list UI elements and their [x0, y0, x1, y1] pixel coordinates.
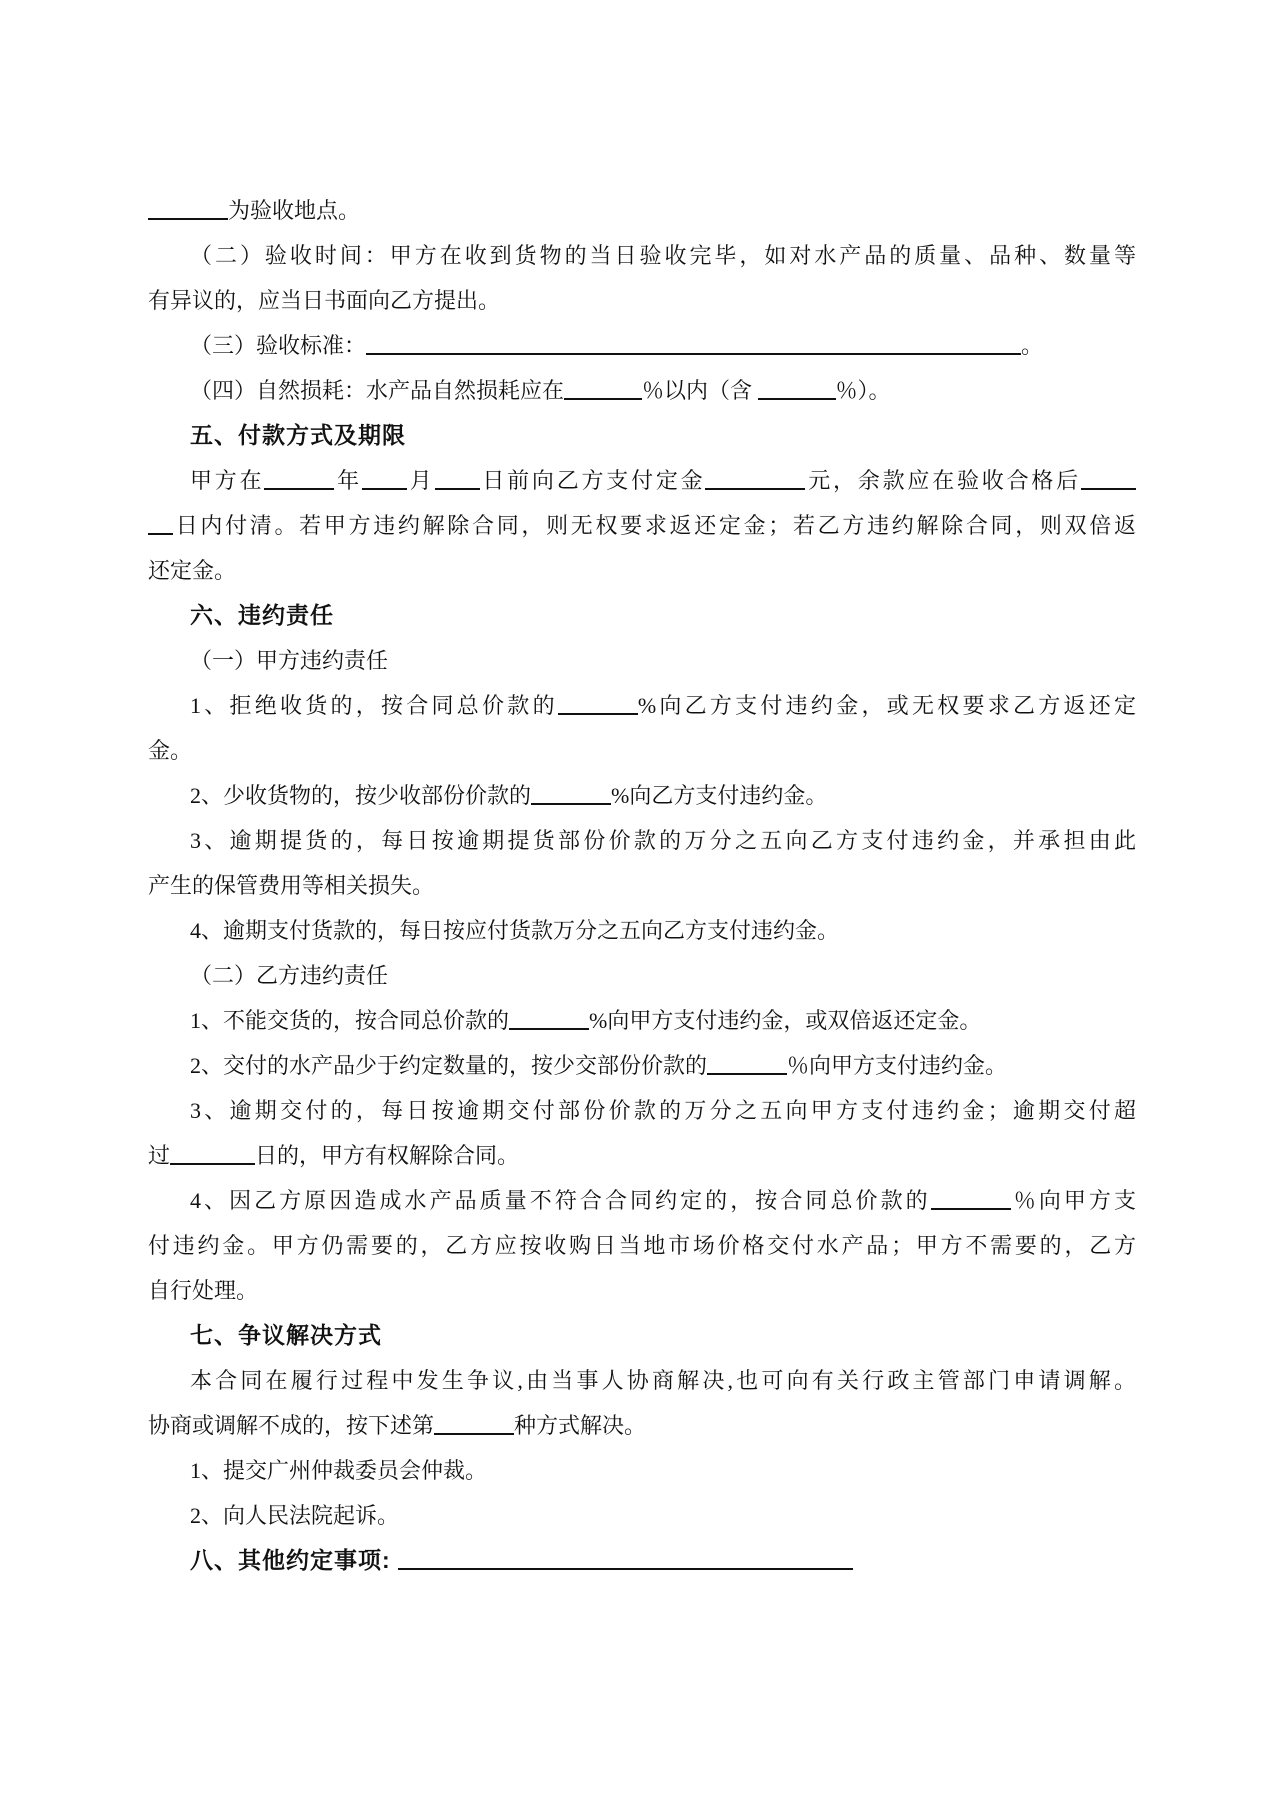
paragraph-line: 过日的，甲方有权解除合同。 — [148, 1133, 1136, 1178]
text-run: %向乙方支付违约金。 — [611, 783, 827, 808]
contract-document: 为验收地点。（二）验收时间：甲方在收到货物的当日验收完毕，如对水产品的质量、品种… — [148, 188, 1136, 1583]
text-run: （三）验收标准： — [190, 333, 366, 358]
text-run: 3、逾期交付的，每日按逾期交付部份价款的万分之五向甲方支付违约金；逾期交付超 — [190, 1098, 1136, 1123]
text-run: 1、拒绝收货的，按合同总价款的 — [190, 693, 558, 718]
section-heading: 五、付款方式及期限 — [148, 413, 1136, 458]
text-run: 4、因乙方原因造成水产品质量不符合合同约定的，按合同总价款的 — [190, 1188, 931, 1213]
blank-field — [434, 1413, 514, 1435]
paragraph-line: （二）乙方违约责任 — [148, 953, 1136, 998]
text-run: 1、不能交货的，按合同总价款的 — [190, 1008, 509, 1033]
paragraph-line: 4、逾期支付货款的，每日按应付货款万分之五向乙方支付违约金。 — [148, 908, 1136, 953]
text-run: 付违约金。甲方仍需要的，乙方应按收购日当地市场价格交付水产品；甲方不需要的，乙方 — [148, 1233, 1136, 1258]
text-run: 年 — [334, 468, 362, 493]
paragraph-line: 自行处理。 — [148, 1268, 1136, 1313]
blank-field — [531, 783, 611, 805]
section-heading: 六、违约责任 — [148, 593, 1136, 638]
paragraph-line: 付违约金。甲方仍需要的，乙方应按收购日当地市场价格交付水产品；甲方不需要的，乙方 — [148, 1223, 1136, 1268]
text-run: 4、逾期支付货款的，每日按应付货款万分之五向乙方支付违约金。 — [190, 918, 839, 943]
paragraph-line: 为验收地点。 — [148, 188, 1136, 233]
paragraph-line: 甲方在年月日前向乙方支付定金元，余款应在验收合格后 — [148, 458, 1136, 503]
text-run: 种方式解决。 — [514, 1413, 646, 1438]
paragraph-line: （三）验收标准：。 — [148, 323, 1136, 368]
blank-field — [264, 468, 334, 490]
text-run: 。 — [1021, 333, 1043, 358]
text-run: 八、其他约定事项: — [190, 1547, 398, 1573]
text-run: ％以内（含 — [642, 378, 758, 403]
text-run: 日的，甲方有权解除合同。 — [255, 1143, 519, 1168]
text-run: （二）验收时间：甲方在收到货物的当日验收完毕，如对水产品的质量、品种、数量等 — [190, 243, 1136, 268]
text-run: ％向甲方支 — [1011, 1188, 1136, 1213]
text-run: 五、付款方式及期限 — [190, 422, 406, 448]
text-run: 本合同在履行过程中发生争议,由当事人协商解决,也可向有关行政主管部门申请调解。 — [190, 1368, 1136, 1393]
paragraph-line: 3、逾期交付的，每日按逾期交付部份价款的万分之五向甲方支付违约金；逾期交付超 — [148, 1088, 1136, 1133]
text-run: 1、提交广州仲裁委员会仲裁。 — [190, 1458, 487, 1483]
blank-field — [705, 468, 805, 490]
paragraph-line: 1、不能交货的，按合同总价款的%向甲方支付违约金，或双倍返还定金。 — [148, 998, 1136, 1043]
paragraph-line: 3、逾期提货的，每日按逾期提货部份价款的万分之五向乙方支付违约金，并承担由此 — [148, 818, 1136, 863]
blank-field — [558, 693, 638, 715]
text-run: 3、逾期提货的，每日按逾期提货部份价款的万分之五向乙方支付违约金，并承担由此 — [190, 828, 1136, 853]
text-run: 还定金。 — [148, 558, 236, 583]
text-run: 元，余款应在验收合格后 — [805, 468, 1081, 493]
text-run: ％向甲方支付违约金。 — [787, 1053, 1007, 1078]
paragraph-line: 4、因乙方原因造成水产品质量不符合合同约定的，按合同总价款的％向甲方支 — [148, 1178, 1136, 1223]
text-run: （四）自然损耗：水产品自然损耗应在 — [190, 378, 564, 403]
blank-field — [509, 1008, 589, 1030]
text-run: 过 — [148, 1143, 170, 1168]
paragraph-line: 还定金。 — [148, 548, 1136, 593]
paragraph-line: （二）验收时间：甲方在收到货物的当日验收完毕，如对水产品的质量、品种、数量等 — [148, 233, 1136, 278]
text-run: 七、争议解决方式 — [190, 1322, 382, 1348]
paragraph-line: 产生的保管费用等相关损失。 — [148, 863, 1136, 908]
blank-field — [1081, 468, 1136, 490]
blank-field — [564, 378, 642, 400]
paragraph-line: 金。 — [148, 728, 1136, 773]
paragraph-line: 2、少收货物的，按少收部份价款的%向乙方支付违约金。 — [148, 773, 1136, 818]
paragraph-line: 1、拒绝收货的，按合同总价款的%向乙方支付违约金，或无权要求乙方返还定 — [148, 683, 1136, 728]
blank-field — [435, 468, 480, 490]
text-run: 产生的保管费用等相关损失。 — [148, 873, 434, 898]
text-run: 自行处理。 — [148, 1278, 258, 1303]
text-run: %向甲方支付违约金，或双倍返还定金。 — [589, 1008, 981, 1033]
paragraph-line: 本合同在履行过程中发生争议,由当事人协商解决,也可向有关行政主管部门申请调解。 — [148, 1358, 1136, 1403]
blank-field — [148, 513, 173, 535]
paragraph-line: 协商或调解不成的，按下述第种方式解决。 — [148, 1403, 1136, 1448]
blank-field — [931, 1188, 1011, 1210]
paragraph-line: 2、向人民法院起诉。 — [148, 1493, 1136, 1538]
section-heading: 七、争议解决方式 — [148, 1313, 1136, 1358]
text-run: （一）甲方违约责任 — [190, 648, 388, 673]
text-run: 六、违约责任 — [190, 602, 334, 628]
text-run: ％）。 — [836, 378, 891, 403]
text-run: 为验收地点。 — [228, 198, 360, 223]
text-run: 有异议的，应当日书面向乙方提出。 — [148, 288, 500, 313]
blank-field — [170, 1143, 255, 1165]
text-run: 金。 — [148, 738, 192, 763]
paragraph-line: 有异议的，应当日书面向乙方提出。 — [148, 278, 1136, 323]
text-run: 月 — [407, 468, 435, 493]
paragraph-line: （一）甲方违约责任 — [148, 638, 1136, 683]
text-run: 2、交付的水产品少于约定数量的，按少交部份价款的 — [190, 1053, 707, 1078]
paragraph-line: 1、提交广州仲裁委员会仲裁。 — [148, 1448, 1136, 1493]
text-run: %向乙方支付违约金，或无权要求乙方返还定 — [638, 693, 1136, 718]
blank-field — [362, 468, 407, 490]
blank-field — [366, 333, 1021, 355]
paragraph-line: （四）自然损耗：水产品自然损耗应在％以内（含 ％）。 — [148, 368, 1136, 413]
text-run: 甲方在 — [190, 468, 264, 493]
text-run: 协商或调解不成的，按下述第 — [148, 1413, 434, 1438]
contract-page: 为验收地点。（二）验收时间：甲方在收到货物的当日验收完毕，如对水产品的质量、品种… — [0, 0, 1280, 1810]
section-heading: 八、其他约定事项: — [148, 1538, 1136, 1583]
text-run: 日内付清。若甲方违约解除合同，则无权要求返还定金；若乙方违约解除合同，则双倍返 — [173, 513, 1136, 538]
blank-field — [758, 378, 836, 400]
text-run: 2、向人民法院起诉。 — [190, 1503, 399, 1528]
text-run: （二）乙方违约责任 — [190, 963, 388, 988]
paragraph-line: 2、交付的水产品少于约定数量的，按少交部份价款的％向甲方支付违约金。 — [148, 1043, 1136, 1088]
text-run: 日前向乙方支付定金 — [480, 468, 706, 493]
blank-field — [707, 1053, 787, 1075]
blank-field — [398, 1548, 853, 1570]
text-run: 2、少收货物的，按少收部份价款的 — [190, 783, 531, 808]
paragraph-line: 日内付清。若甲方违约解除合同，则无权要求返还定金；若乙方违约解除合同，则双倍返 — [148, 503, 1136, 548]
blank-field — [148, 198, 228, 220]
